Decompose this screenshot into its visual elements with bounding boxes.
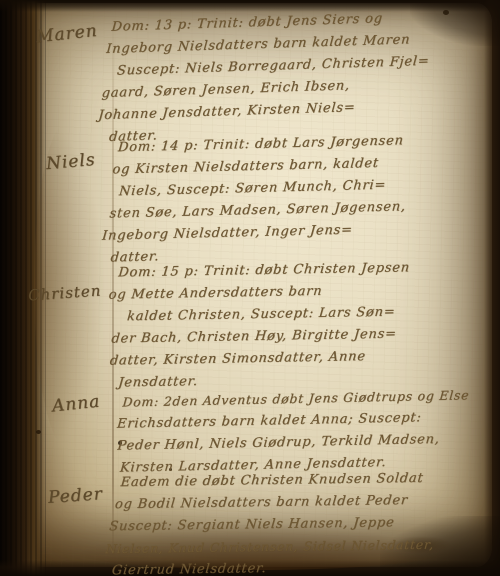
entry-text: Dom: 2den Adventus døbt Jens Giødtrups o…	[115, 384, 470, 479]
entry-text: Eadem die døbt Christen Knudsen Soldat o…	[107, 468, 433, 576]
entry-text: Dom: 13 p: Trinit: døbt Jens Siers og In…	[94, 7, 431, 149]
page-edge-right	[484, 0, 500, 576]
entry-line: Giertrud Nielsdatter.	[111, 556, 436, 576]
margin-name: Peder	[47, 484, 103, 508]
ink-speck	[36, 430, 41, 434]
entry-text: Dom: 15 p: Trinit: døbt Christen Jepsen …	[105, 257, 411, 394]
register-page-photo: Maren Dom: 13 p: Trinit: døbt Jens Siers…	[0, 0, 500, 576]
entry-text: Dom: 14 p: Trinit: døbt Lars Jørgensen o…	[98, 130, 406, 269]
ink-speck	[443, 10, 449, 15]
